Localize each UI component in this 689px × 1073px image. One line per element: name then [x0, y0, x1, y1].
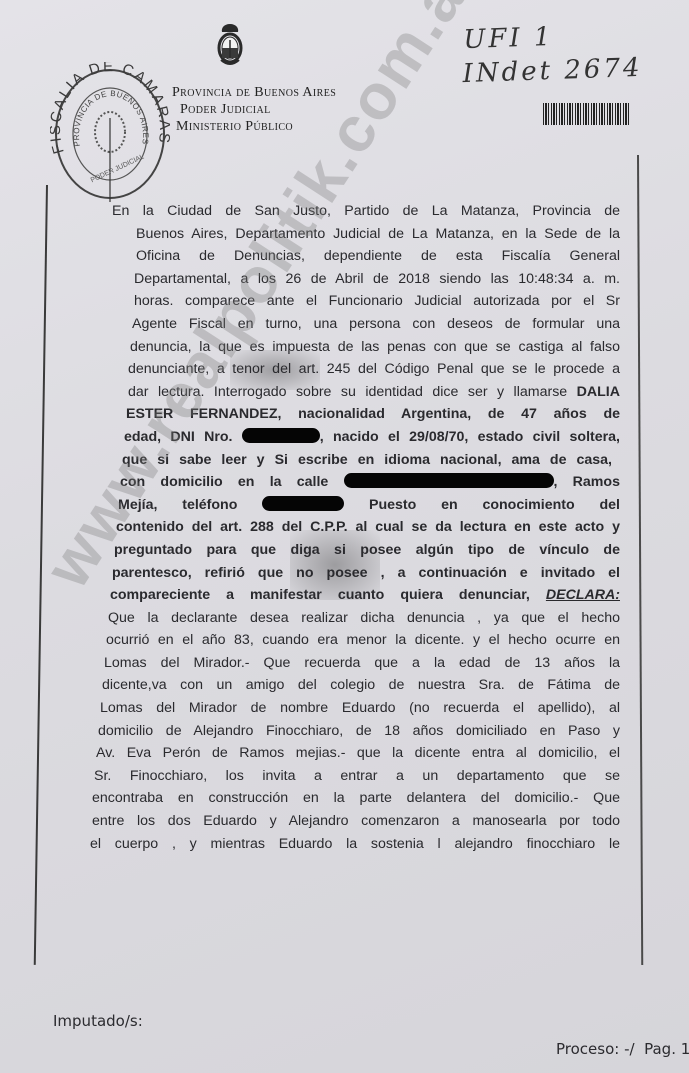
stamp-inner-text: PROVINCIA DE BUENOS AIRES	[72, 89, 150, 147]
body-line: parentesco, refirió que no posee , a con…	[112, 562, 620, 585]
redacted-phone	[262, 496, 344, 511]
body-line: ESTER FERNANDEZ, nacionalidad Argentina,…	[126, 403, 620, 426]
body-line: con domicilio en la calle , Ramos	[120, 471, 620, 494]
body-line: En la Ciudad de San Justo, Partido de La…	[112, 200, 620, 223]
declara-heading: DECLARA:	[546, 587, 620, 603]
narrative-line: ocurrió en el año 83, cuando era menor l…	[106, 629, 620, 652]
letterhead: Provincia de Buenos Aires Poder Judicial…	[172, 84, 336, 135]
letterhead-public-ministry: Ministerio Público	[176, 118, 336, 135]
argentina-coat-of-arms-icon	[213, 22, 247, 70]
body-line: edad, DNI Nro. , nacido el 29/08/70, est…	[124, 426, 620, 449]
narrative-line: Lomas del Mirador de nombre Eduardo (no …	[100, 697, 620, 720]
letterhead-province: Provincia de Buenos Aires	[172, 84, 336, 101]
redacted-dni	[242, 428, 320, 443]
svg-text:PROVINCIA DE BUENOS AIRES: PROVINCIA DE BUENOS AIRES	[72, 89, 150, 147]
declarant-surname: ESTER FERNANDEZ	[126, 406, 278, 422]
body-line: Departamental, a los 26 de Abril de 2018…	[134, 268, 620, 291]
body-line: horas. comparece ante el Funcionario Jud…	[134, 290, 620, 313]
redacted-address	[344, 473, 554, 488]
narrative-line: Lomas del Mirador.- Que recuerda que a l…	[104, 652, 620, 675]
body-line: denuncia, la que es impuesta de las pena…	[130, 336, 620, 359]
handwritten-record-number: INdet 2674	[462, 51, 643, 91]
declaration-body: En la Ciudad de San Justo, Partido de La…	[100, 200, 620, 855]
right-margin-line	[637, 155, 643, 965]
body-line: dar lectura. Interrogado sobre su identi…	[128, 381, 620, 404]
declarant-first-name: DALIA	[577, 384, 620, 400]
footer-imputado-label: Imputado/s:	[53, 1012, 143, 1030]
footer-page-number: Pag. 1	[644, 1040, 689, 1058]
barcode	[543, 103, 629, 125]
narrative-line: Sr. Finocchiaro, los invita a entrar a u…	[94, 765, 620, 788]
narrative-line: Que la declarante desea realizar dicha d…	[108, 607, 620, 630]
body-line: que si sabe leer y Si escribe en idioma …	[122, 449, 612, 472]
footer-page-info: Proceso: -/ Pag. 1	[556, 1040, 689, 1058]
footer-proceso-label: Proceso: -/	[556, 1040, 635, 1058]
body-line: denunciante, a tenor del art. 245 del Có…	[128, 358, 620, 381]
body-line: compareciente a manifestar cuanto quiera…	[110, 584, 620, 607]
narrative-line: domicilio de Alejandro Finocchiaro, de 1…	[98, 720, 620, 743]
letterhead-judicial-power: Poder Judicial	[180, 101, 336, 118]
body-line: Agente Fiscal en turno, una persona con …	[132, 313, 620, 336]
body-line: Buenos Aires, Departamento Judicial de L…	[136, 223, 620, 246]
narrative-line: Av. Eva Perón de Ramos mejias.- que la d…	[96, 742, 620, 765]
left-margin-line	[34, 185, 48, 965]
body-line: contenido del art. 288 del C.P.P. al cua…	[116, 516, 620, 539]
narrative-line: encontraba en construcción en la parte d…	[92, 787, 620, 810]
narrative-line: el cuerpo , y mientras Eduardo la sosten…	[90, 833, 620, 856]
body-line: Mejía, teléfono Puesto en conocimiento d…	[118, 494, 620, 517]
narrative-line: dicente,va con un amigo del colegio de n…	[102, 674, 620, 697]
handwritten-note: UFI 1 INdet 2674	[461, 17, 643, 91]
narrative-line: entre los dos Eduardo y Alejandro comenz…	[92, 810, 620, 833]
body-line: Oficina de Denuncias, dependiente de est…	[136, 245, 620, 268]
fiscalia-stamp: FISCALIA DE CAMARAS PROVINCIA DE BUENOS …	[50, 62, 170, 202]
body-line: preguntado para que diga si posee algún …	[114, 539, 620, 562]
